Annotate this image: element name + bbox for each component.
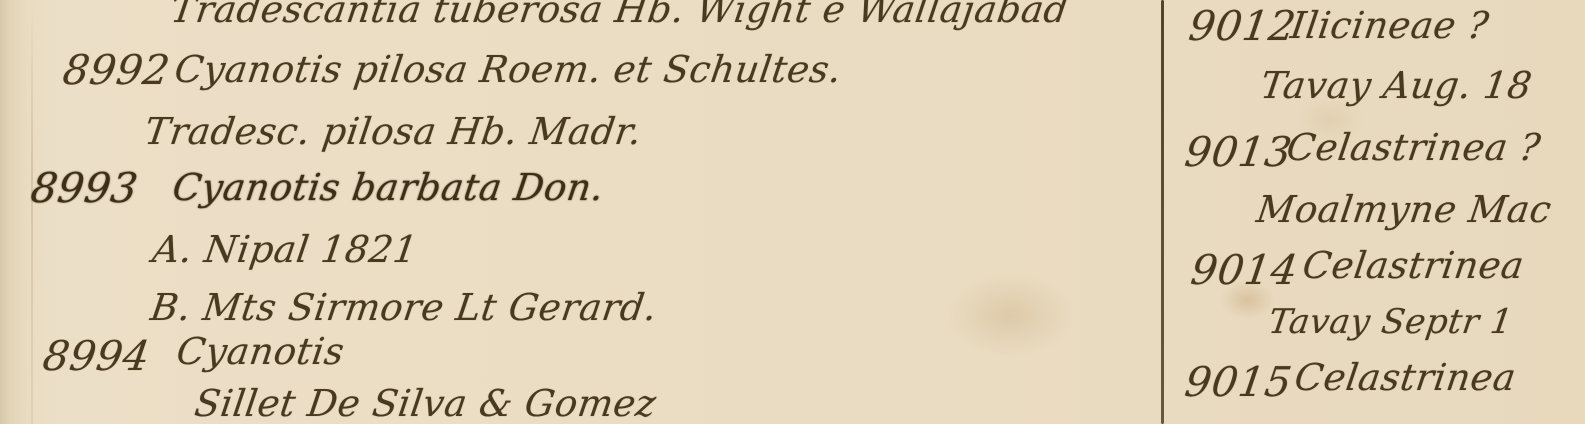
ledger-entry-text: Cyanotis pilosa Roem. et Schultes.: [172, 48, 845, 91]
ledger-entry-text: Ilicineae ?: [1288, 4, 1492, 47]
ledger-entry-text: A. Nipal 1821: [150, 228, 420, 271]
ledger-entry-text: Moalmyne Mac: [1254, 188, 1554, 231]
ledger-entry-text: Tavay Septr 1: [1266, 302, 1515, 342]
ledger-entry-number: 8994: [40, 332, 153, 380]
ledger-entry-text: Celastrinea ?: [1284, 126, 1543, 169]
ledger-entry-number: 9015: [1182, 358, 1295, 406]
ledger-entry-number: 9012: [1186, 2, 1299, 50]
ledger-entry-number: 8993: [28, 164, 141, 212]
ledger-entry-number: 9014: [1188, 246, 1301, 294]
ledger-entry-number: 8992: [60, 46, 173, 94]
ledger-entry-text: Tradescantia tuberosa Hb. Wight e Wallaj…: [168, 0, 1071, 31]
paper-crease: [31, 0, 33, 424]
manuscript-page: Tradescantia tuberosa Hb. Wight e Wallaj…: [0, 0, 1585, 424]
ledger-entry-text: Celastrinea: [1292, 356, 1519, 399]
ledger-entry-number: 9013: [1182, 128, 1295, 176]
ledger-entry-text: B. Mts Sirmore Lt Gerard.: [148, 286, 660, 329]
ledger-entry-text: Tradesc. pilosa Hb. Madr.: [142, 110, 645, 153]
ledger-entry-text: Cyanotis barbata Don.: [170, 166, 607, 209]
column-divider-rule: [1161, 0, 1164, 424]
ledger-entry-text: Cyanotis: [174, 330, 347, 373]
ledger-entry-text: Sillet De Silva & Gomez: [192, 382, 659, 424]
ledger-entry-text: Celastrinea: [1300, 244, 1527, 287]
ledger-entry-text: Tavay Aug. 18: [1258, 64, 1535, 107]
